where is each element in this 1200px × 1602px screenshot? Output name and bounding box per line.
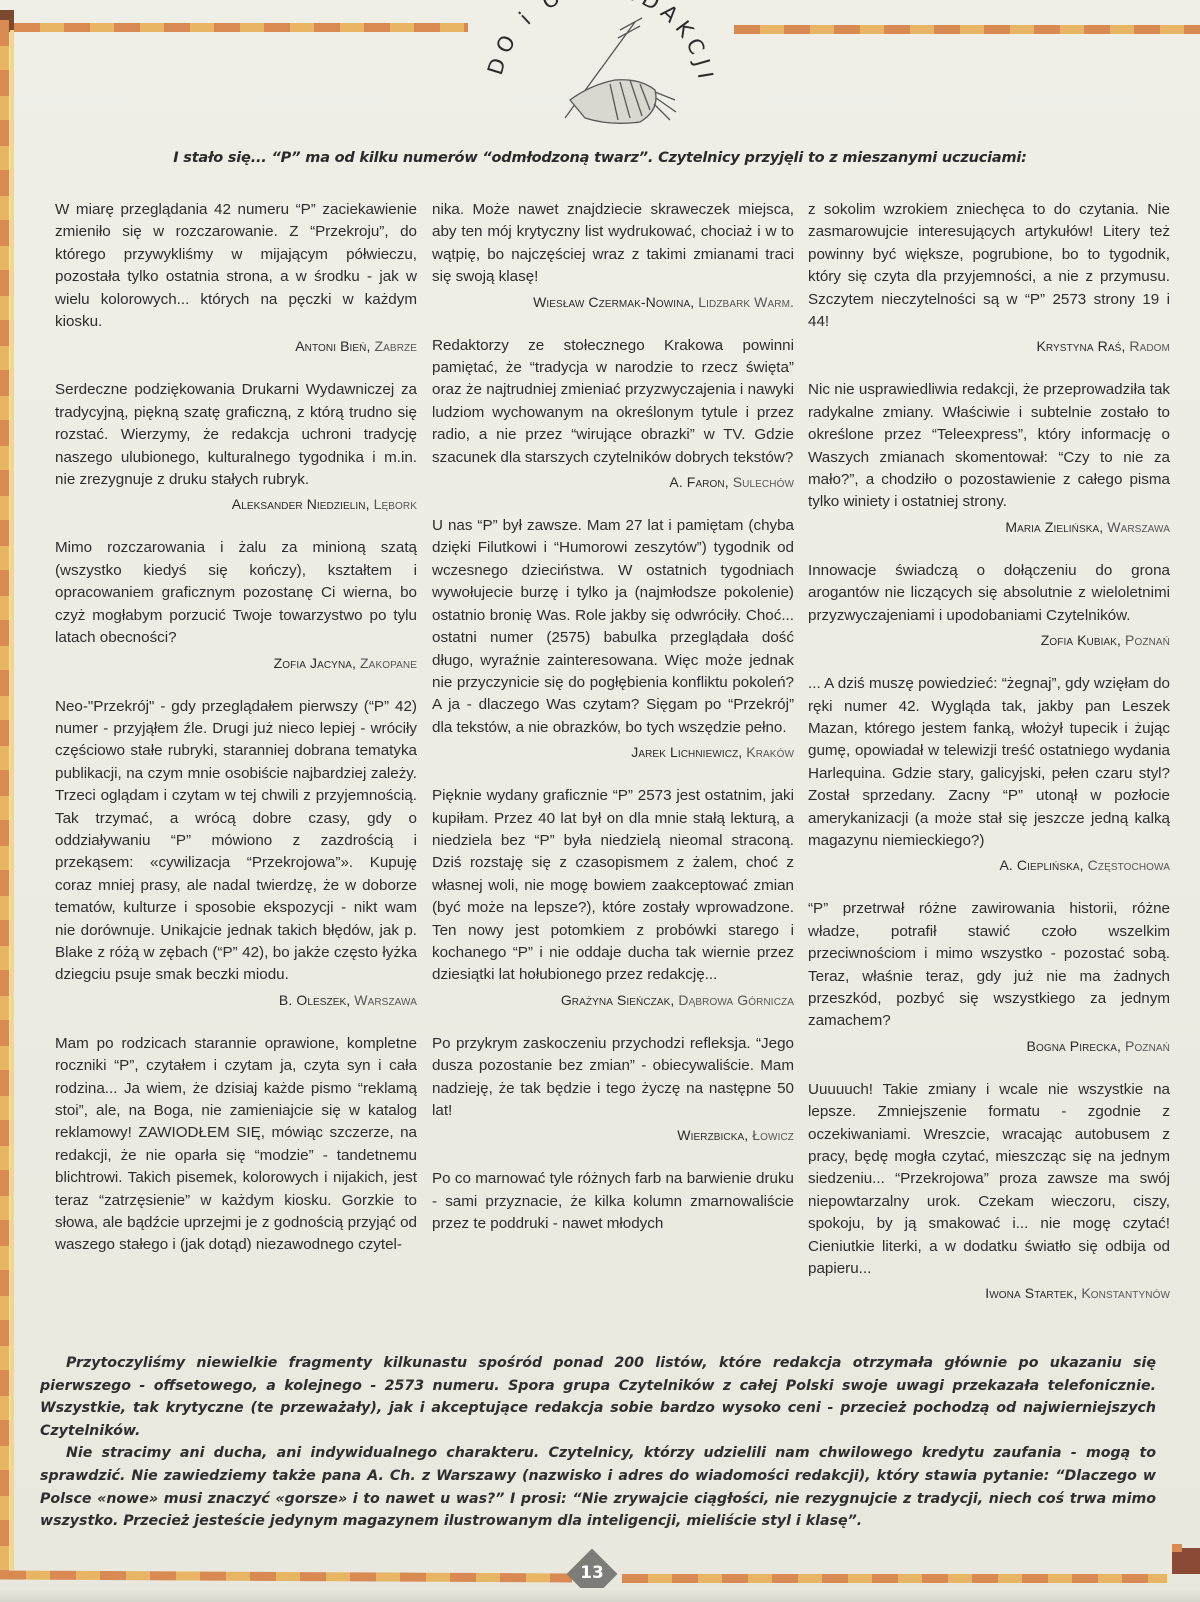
column-3: z sokolim wzrokiem zniechęca to do czyta… — [808, 199, 1170, 1326]
letter-signature: A. Cieplińska, Częstochowa — [808, 854, 1170, 876]
magazine-page: DO i OD REDAKCJI I stało się... “P” ma o… — [0, 0, 1200, 1602]
editorial-closing: Przytoczyliśmy niewielkie fragmenty kilk… — [40, 1352, 1156, 1533]
author-name: A. Faron, — [669, 474, 728, 490]
page-number: 13 — [567, 1563, 617, 1583]
svg-text:DO i OD REDAKCJI: DO i OD REDAKCJI — [483, 0, 718, 86]
reader-letter: ... A dziś muszę powiedzieć: “żegnaj”, g… — [808, 673, 1170, 876]
reader-letter: nika. Może nawet znajdziecie skraweczek … — [432, 199, 794, 313]
letter-signature: Zofia Jacyna, Zakopane — [55, 652, 417, 674]
reader-letter: “P” przetrwał różne zawirowania historii… — [808, 898, 1170, 1056]
closing-paragraph: Nie stracimy ani ducha, ani indywidualne… — [40, 1442, 1156, 1532]
author-town: Lębork — [374, 496, 417, 512]
author-town: Dąbrowa Górnicza — [678, 992, 794, 1008]
author-name: A. Cieplińska, — [999, 857, 1083, 873]
author-name: Maria Zielińska, — [1005, 519, 1103, 535]
letter-signature: Jarek Lichniewicz, Kraków — [432, 741, 794, 763]
lead-text: I stało się... “P” ma od kilku numerów “… — [0, 150, 1200, 166]
author-town: Kraków — [746, 744, 794, 760]
letter-signature: Aleksander Niedzielin, Lębork — [55, 493, 417, 515]
closing-paragraph: Przytoczyliśmy niewielkie fragmenty kilk… — [40, 1352, 1156, 1442]
author-name: Zofia Jacyna, — [274, 655, 356, 671]
letter-text: U nas “P” był zawsze. Mam 27 lat i pamię… — [432, 515, 794, 739]
letter-text: nika. Może nawet znajdziecie skraweczek … — [432, 199, 794, 289]
letter-signature: Zofia Kubiak, Poznań — [808, 629, 1170, 651]
reader-letter: Pięknie wydany graficznie “P” 2573 jest … — [432, 785, 794, 1011]
left-border-decoration — [0, 20, 9, 1575]
reader-letter: Mimo rozczarowania i żalu za minioną sza… — [55, 537, 417, 673]
reader-letter: Uuuuuch! Takie zmiany i wcale nie wszyst… — [808, 1079, 1170, 1305]
reader-letter: Nic nie usprawiedliwia redakcji, że prze… — [808, 379, 1170, 537]
author-town: Zakopane — [360, 655, 417, 671]
author-name: Aleksander Niedzielin, — [232, 496, 370, 512]
author-name: Zofia Kubiak, — [1041, 632, 1121, 648]
author-town: Poznań — [1125, 632, 1170, 648]
corner-decoration — [1172, 1544, 1182, 1552]
author-town: Lidzbark Warm. — [698, 294, 794, 310]
letter-signature: Iwona Startek, Konstantynów — [808, 1282, 1170, 1304]
reader-letter: Po przykrym zaskoczeniu przychodzi refle… — [432, 1033, 794, 1147]
author-name: Wiesław Czermak-Nowina, — [533, 294, 694, 310]
author-name: Wierzbicka, — [677, 1127, 748, 1143]
letter-text: Po przykrym zaskoczeniu przychodzi refle… — [432, 1033, 794, 1123]
author-town: Łowicz — [752, 1127, 794, 1143]
bottom-rule-left — [0, 1571, 572, 1583]
left-border-inner — [10, 30, 14, 1570]
top-rule-right — [734, 25, 1200, 34]
letter-text: Po co marnować tyle różnych farb na barw… — [432, 1168, 794, 1235]
letter-text: Mam po rodzicach starannie oprawione, ko… — [55, 1033, 417, 1257]
author-name: Jarek Lichniewicz, — [631, 744, 742, 760]
reader-letter: z sokolim wzrokiem zniechęca to do czyta… — [808, 199, 1170, 357]
letter-text: Pięknie wydany graficznie “P” 2573 jest … — [432, 785, 794, 987]
section-emblem: DO i OD REDAKCJI — [470, 0, 730, 130]
reader-letter: Po co marnować tyle różnych farb na barw… — [432, 1168, 794, 1235]
column-2: nika. Może nawet znajdziecie skraweczek … — [432, 199, 794, 1236]
letter-text: Nic nie usprawiedliwia redakcji, że prze… — [808, 379, 1170, 513]
letter-signature: B. Oleszek, Warszawa — [55, 989, 417, 1011]
author-name: Antoni Bień, — [295, 338, 370, 354]
letter-signature: Wiesław Czermak-Nowina, Lidzbark Warm. — [432, 291, 794, 313]
letter-text: Uuuuuch! Takie zmiany i wcale nie wszyst… — [808, 1079, 1170, 1281]
letter-text: “P” przetrwał różne zawirowania historii… — [808, 898, 1170, 1032]
reader-letter: Redaktorzy ze stołecznego Krakowa powinn… — [432, 335, 794, 493]
reader-letter: U nas “P” był zawsze. Mam 27 lat i pamię… — [432, 515, 794, 763]
top-rule-left — [14, 23, 468, 32]
reader-letter: Mam po rodzicach starannie oprawione, ko… — [55, 1033, 417, 1257]
author-town: Konstantynów — [1081, 1285, 1170, 1301]
letter-signature: Antoni Bień, Zabrze — [55, 335, 417, 357]
letter-text: Redaktorzy ze stołecznego Krakowa powinn… — [432, 335, 794, 469]
author-name: Bogna Pirecka, — [1027, 1038, 1122, 1054]
letter-signature: A. Faron, Sulechów — [432, 471, 794, 493]
section-title: DO i OD REDAKCJI — [483, 0, 718, 86]
author-town: Warszawa — [1107, 519, 1170, 535]
page-bottom-edge — [0, 1588, 1200, 1602]
letter-text: Neo-"Przekrój" - gdy przeglądałem pierws… — [55, 696, 417, 987]
letter-text: z sokolim wzrokiem zniechęca to do czyta… — [808, 199, 1170, 333]
reader-letter: Innowacje świadczą o dołączeniu do grona… — [808, 560, 1170, 651]
author-town: Warszawa — [354, 992, 417, 1008]
author-town: Poznań — [1125, 1038, 1170, 1054]
author-town: Sulechów — [733, 474, 794, 490]
letter-text: ... A dziś muszę powiedzieć: “żegnaj”, g… — [808, 673, 1170, 852]
reader-letter: Neo-"Przekrój" - gdy przeglądałem pierws… — [55, 696, 417, 1011]
author-town: Radom — [1129, 338, 1170, 354]
author-name: Krystyna Raś, — [1036, 338, 1125, 354]
column-1: W miarę przeglądania 42 numeru “P” zacie… — [55, 199, 417, 1257]
quill-hand-icon: DO i OD REDAKCJI — [470, 0, 730, 130]
letter-signature: Maria Zielińska, Warszawa — [808, 516, 1170, 538]
letter-signature: Bogna Pirecka, Poznań — [808, 1035, 1170, 1057]
author-town: Częstochowa — [1088, 857, 1170, 873]
reader-letter: W miarę przeglądania 42 numeru “P” zacie… — [55, 199, 417, 357]
letter-signature: Wierzbicka, Łowicz — [432, 1124, 794, 1146]
letter-text: Serdeczne podziękowania Drukarni Wydawni… — [55, 379, 417, 491]
letter-text: Innowacje świadczą o dołączeniu do grona… — [808, 560, 1170, 627]
author-name: Grażyna Sieńczak, — [561, 992, 675, 1008]
letter-text: W miarę przeglądania 42 numeru “P” zacie… — [55, 199, 417, 333]
letter-signature: Krystyna Raś, Radom — [808, 335, 1170, 357]
letter-signature: Grażyna Sieńczak, Dąbrowa Górnicza — [432, 989, 794, 1011]
bottom-rule-right — [622, 1574, 1167, 1583]
letter-text: Mimo rozczarowania i żalu za minioną sza… — [55, 537, 417, 649]
author-name: Iwona Startek, — [985, 1285, 1077, 1301]
reader-letter: Serdeczne podziękowania Drukarni Wydawni… — [55, 379, 417, 515]
author-name: B. Oleszek, — [279, 992, 350, 1008]
author-town: Zabrze — [375, 338, 418, 354]
